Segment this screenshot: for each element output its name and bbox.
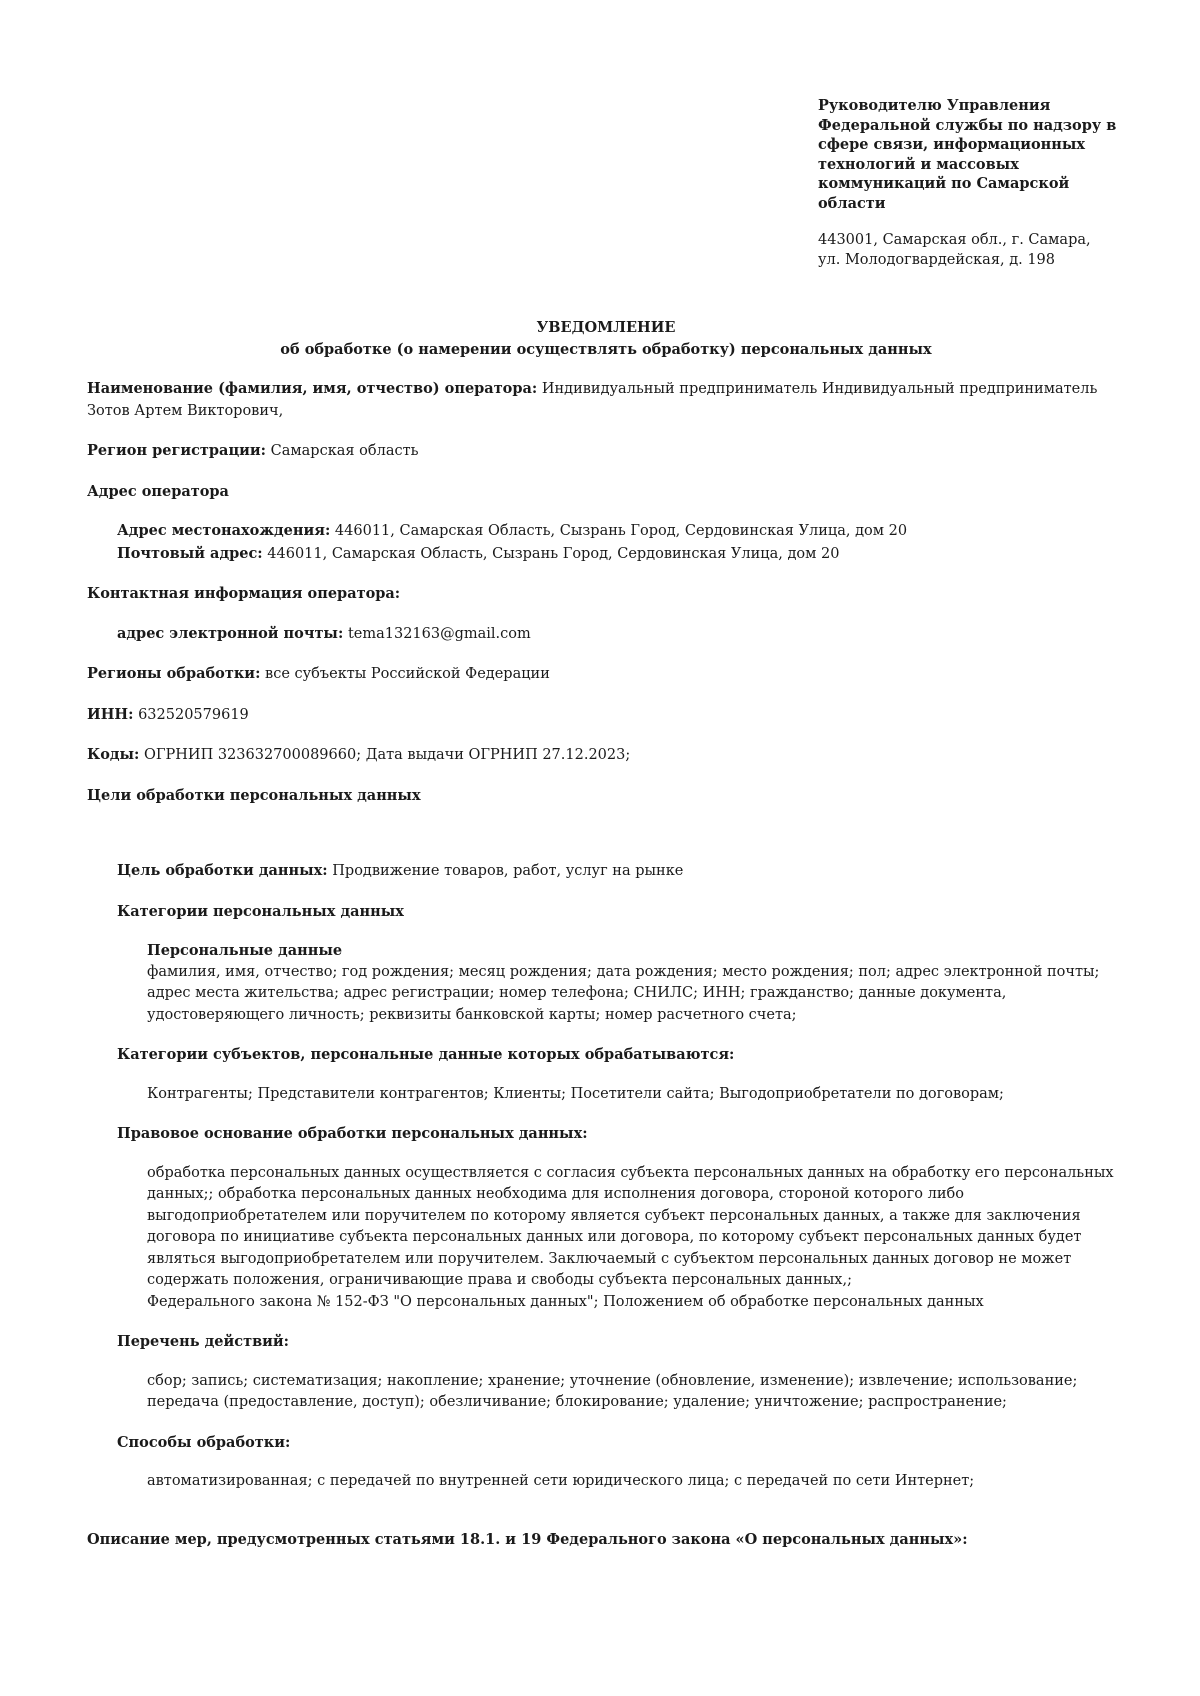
legal-basis-text: обработка персональных данных осуществля… [147, 1163, 1117, 1292]
address-heading: Адрес оператора [87, 481, 1117, 503]
field-label: Коды: [87, 746, 139, 763]
purposes-heading: Цели обработки персональных данных [87, 785, 1117, 807]
location-address: Адрес местонахождения: 446011, Самарская… [117, 520, 1117, 543]
field-value: все субъекты Российской Федерации [265, 666, 550, 682]
actions-heading: Перечень действий: [117, 1331, 1117, 1353]
recipient-line: технологий и массовых [818, 155, 1128, 175]
email-value: tema132163@gmail.com [348, 626, 531, 642]
recipient-line: Федеральной службы по надзору в [818, 116, 1128, 136]
title-main: УВЕДОМЛЕНИЕ [0, 317, 1200, 339]
title-sub: об обработке (о намерении осуществлять о… [0, 339, 1200, 361]
field-label: ИНН: [87, 706, 133, 723]
legal-basis-law: Федерального закона № 152-ФЗ "О персонал… [147, 1292, 1117, 1314]
processing-regions: Регионы обработки: все субъекты Российск… [87, 663, 1117, 686]
pd-heading: Персональные данные [147, 940, 1117, 962]
recipient-address: 443001, Самарская обл., г. Самара, ул. М… [818, 231, 1128, 270]
subjects-list: Контрагенты; Представители контрагентов;… [147, 1084, 1117, 1106]
recipient-name: Руководителю Управления Федеральной служ… [818, 96, 1128, 213]
field-value: 632520579619 [138, 707, 249, 723]
field-label: адрес электронной почты: [117, 625, 343, 642]
pd-categories-heading: Категории персональных данных [117, 901, 1117, 923]
field-value: ОГРНИП 323632700089660; Дата выдачи ОГРН… [144, 747, 630, 763]
measures-heading: Описание мер, предусмотренных статьями 1… [87, 1529, 1117, 1551]
inn-field: ИНН: 632520579619 [87, 704, 1117, 727]
address-line: ул. Молодогвардейская, д. 198 [818, 251, 1128, 271]
codes-field: Коды: ОГРНИП 323632700089660; Дата выдач… [87, 744, 1117, 767]
recipient-line: Руководителю Управления [818, 96, 1128, 116]
field-value: 446011, Самарская Область, Сызрань Город… [267, 546, 839, 562]
field-label: Почтовый адрес: [117, 545, 263, 562]
recipient-line: коммуникаций по Самарской [818, 174, 1128, 194]
field-label: Наименование (фамилия, имя, отчество) оп… [87, 380, 537, 397]
field-value: Продвижение товаров, работ, услуг на рын… [332, 863, 683, 879]
region-registration: Регион регистрации: Самарская область [87, 440, 1117, 463]
postal-address: Почтовый адрес: 446011, Самарская Област… [117, 543, 1117, 566]
legal-basis-heading: Правовое основание обработки персональны… [117, 1123, 1117, 1145]
field-value: 446011, Самарская Область, Сызрань Город… [335, 523, 907, 539]
field-label: Регион регистрации: [87, 442, 266, 459]
email-field: адрес электронной почты: tema132163@gmai… [117, 623, 1117, 646]
methods-heading: Способы обработки: [117, 1432, 1117, 1454]
field-label: Адрес местонахождения: [117, 522, 330, 539]
recipient-block: Руководителю Управления Федеральной служ… [818, 96, 1128, 270]
field-value: Самарская область [271, 443, 419, 459]
field-label: Цель обработки данных: [117, 862, 328, 879]
recipient-line: сфере связи, информационных [818, 135, 1128, 155]
recipient-line: области [818, 194, 1128, 214]
actions-list: сбор; запись; систематизация; накопление… [147, 1371, 1117, 1414]
address-line: 443001, Самарская обл., г. Самара, [818, 231, 1128, 251]
subjects-heading: Категории субъектов, персональные данные… [117, 1044, 1117, 1066]
purpose-field: Цель обработки данных: Продвижение товар… [117, 860, 1117, 883]
contact-heading: Контактная информация оператора: [87, 583, 1117, 605]
methods-list: автоматизированная; с передачей по внутр… [147, 1471, 1117, 1493]
pd-list: фамилия, имя, отчество; год рождения; ме… [147, 962, 1117, 1027]
field-label: Регионы обработки: [87, 665, 260, 682]
operator-name: Наименование (фамилия, имя, отчество) оп… [87, 378, 1117, 422]
document-title: УВЕДОМЛЕНИЕ об обработке (о намерении ос… [0, 317, 1200, 361]
document-body: Наименование (фамилия, имя, отчество) оп… [87, 378, 1117, 1550]
